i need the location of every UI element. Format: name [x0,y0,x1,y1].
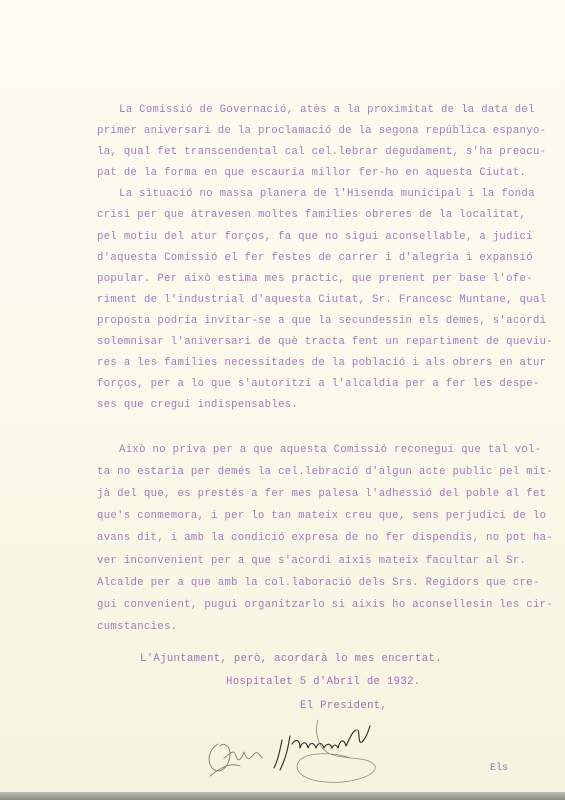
paragraph-3-line-5: avans dit, i amb la condició expresa de … [97,531,553,545]
paragraph-2-line-3: pel motiu del atur forços, fa que no sig… [97,230,533,244]
paragraph-1-line-3: la, qual fet transcendental cal cel.lebr… [97,145,546,159]
paragraph-1-line-1: La Comissió de Governació, atès a la pro… [119,103,535,117]
document-page: La Comissió de Governació, atès a la pro… [0,0,565,792]
closing-statement: L'Ajuntament, però, acordarà lo mes ence… [140,652,442,666]
paragraph-2-line-11: ses que cregui indispensables. [97,398,298,412]
paragraph-2-line-8: solemnisar l'aniversari de què tracta fe… [97,335,553,349]
paragraph-1-line-4: pat de la forma en que escauria millor f… [97,166,526,180]
paragraph-2-line-5: popular. Per això estima mes practic, qu… [97,272,533,286]
paragraph-3-line-3: jà del que, es prestés a fer mes palesa … [97,487,546,501]
signatory-title: El President, [300,699,387,713]
paragraph-2-line-9: res a les families necessitades de la po… [97,356,546,370]
paragraph-3-line-6: ver inconvenient per a que s'acordi aixi… [97,554,526,568]
handwritten-signature [200,718,440,788]
place-and-date: Hospitalet 5 d'Abril de 1932. [226,675,421,689]
paragraph-3-line-4: que's conmemora, i per lo tan mateix cre… [97,509,546,523]
paragraph-3-line-9: cumstancies. [97,620,178,634]
paragraph-3-line-8: gui convenient, pugui organitzarlo si ai… [97,598,553,612]
paragraph-2-line-6: riment de l'industrial d'aquesta Ciutat,… [97,293,546,307]
catchword: Els [490,763,508,774]
paragraph-3-line-7: Alcalde per a que amb la col.laboració d… [97,576,540,590]
paragraph-3-line-1: Això no priva per a que aquesta Comissió… [119,443,542,457]
paragraph-3-line-2: ta no estaria per demés la cel.lebració … [97,465,553,479]
paragraph-2-line-4: d'aquesta Comissió el fer festes de carr… [97,251,533,265]
paragraph-2-line-7: proposta podria invitar-se a que la secu… [97,314,546,328]
paragraph-2-line-1: La situació no massa planera de l'Hisend… [119,187,535,201]
paragraph-2-line-2: crisi per que atravesen moltes families … [97,208,526,222]
paragraph-1-line-2: primer aniversari de la proclamació de l… [97,124,546,138]
paragraph-2-line-10: forços, per a lo que s'autoritzi a l'alc… [97,377,540,391]
page-bottom-edge [0,792,565,800]
